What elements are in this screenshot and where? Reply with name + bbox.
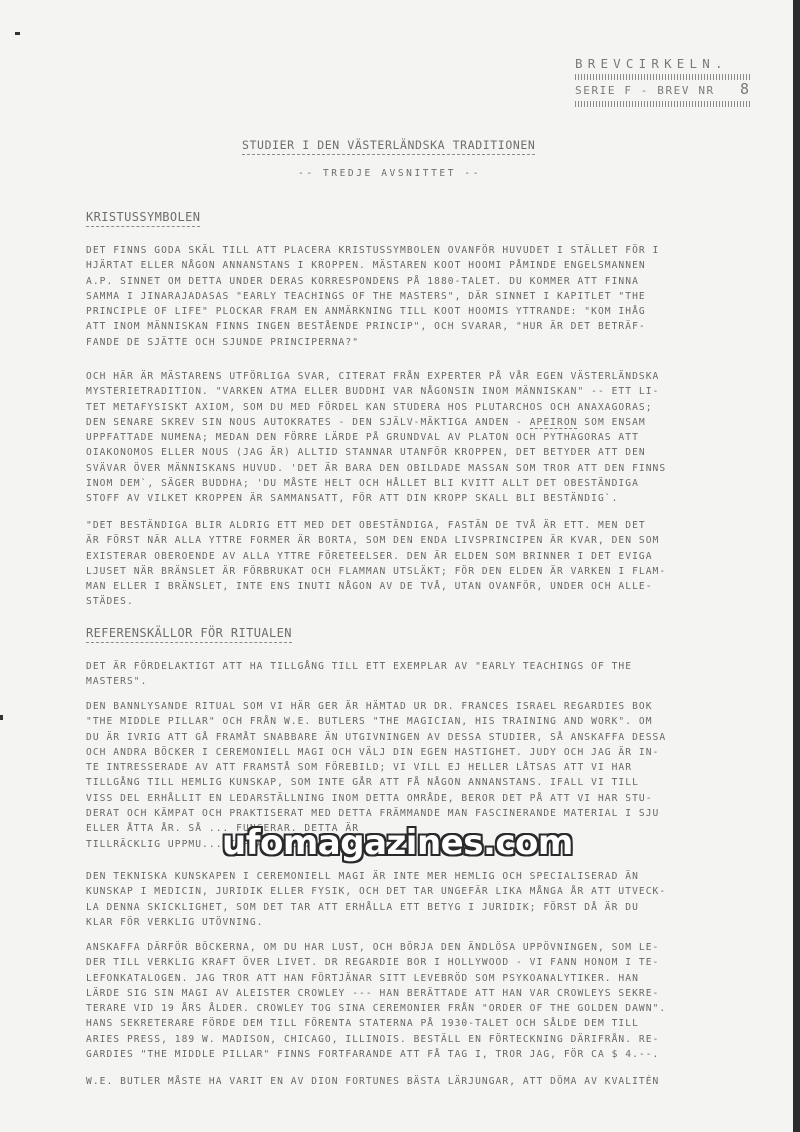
series-label: SERIE F - BREV NR xyxy=(575,84,715,98)
text-line: gardies "The Middle Pillar" finns fortfa… xyxy=(86,1047,776,1062)
text-line: "Det beständiga blir aldrig ett med det … xyxy=(86,518,776,533)
punch-mark xyxy=(0,715,3,720)
text-line: tillgång till hemlig kunskap, som inte g… xyxy=(86,775,776,790)
section-heading-referenskallor: REFERENSKÄLLOR FÖR RITUALEN xyxy=(86,626,292,643)
section-heading-kristussymbolen: KRISTUSSYMBOLEN xyxy=(86,210,200,227)
text-fragment: som ensam xyxy=(577,417,645,428)
paragraph: Det är fördelaktigt att ha tillgång till… xyxy=(86,659,776,690)
paragraph: "Det beständiga blir aldrig ett med det … xyxy=(86,518,776,610)
text-line: Principle of Life" plockar fram en anmär… xyxy=(86,304,776,319)
text-line: viss del erhållit en ledarställning inom… xyxy=(86,791,776,806)
text-line: stoff av vilket kroppen är sammansatt, f… xyxy=(86,491,776,506)
paragraph: Den tekniska kunskapen i ceremoniell mag… xyxy=(86,869,776,930)
text-line: man eller i bränslet, inte ens inuti någ… xyxy=(86,579,776,594)
text-fragment: den senare skrev sin nous autokrates - d… xyxy=(86,417,530,428)
brand-name: BREVCIRKELN. xyxy=(575,56,755,71)
text-line: fande de sjätte och sjunde principerna?" xyxy=(86,335,776,350)
text-line: derat och kämpat och praktiserat med det… xyxy=(86,806,776,821)
text-line: Anskaffa därför böckerna, om du har lust… xyxy=(86,940,776,955)
paragraph: Och här är Mästarens utförliga svar, cit… xyxy=(86,369,776,507)
text-line: hjärtat eller någon annanstans i kroppen… xyxy=(86,258,776,273)
underlined-term: APEIRON xyxy=(530,417,578,429)
text-line: Masters". xyxy=(86,674,776,689)
watermark: ufomagazines.com xyxy=(222,823,573,863)
letter-header: BREVCIRKELN. SERIE F - BREV NR 8 xyxy=(575,56,755,111)
text-line: te intresserade av att framstå som föreb… xyxy=(86,760,776,775)
paragraph: Det finns goda skäl till att placera Kri… xyxy=(86,243,776,350)
document-subtitle: -- TREDJE AVSNITTET -- xyxy=(298,168,481,179)
text-line: städes. xyxy=(86,594,776,609)
punch-mark xyxy=(15,32,20,35)
text-line: W.E. Butler måste ha varit en av Dion Fo… xyxy=(86,1074,776,1089)
text-line: klar för verklig utövning. xyxy=(86,915,776,930)
text-line: Hans sekreterare förde dem till Förenta … xyxy=(86,1016,776,1031)
text-line: svävar över människans huvud. 'Det är ba… xyxy=(86,461,776,476)
text-line: Oiakonomos eller nous (Jag Är) alltid st… xyxy=(86,445,776,460)
text-line: Det finns goda skäl till att placera Kri… xyxy=(86,243,776,258)
tick-rule xyxy=(575,74,751,80)
letter-number: 8 xyxy=(740,80,749,98)
text-line: tet metafysiskt axiom, som du med fördel… xyxy=(86,400,776,415)
tick-rule xyxy=(575,101,751,107)
text-line: samma i Jinarajadasas "Early Teachings o… xyxy=(86,289,776,304)
text-line: uppfattade numena; medan den förre lärde… xyxy=(86,430,776,445)
text-line: existerar oberoende av alla yttre förete… xyxy=(86,549,776,564)
text-line: mysterietradition. "Varken Atma eller Bu… xyxy=(86,384,776,399)
text-line: la denna skicklighet, som det tar att er… xyxy=(86,900,776,915)
text-line: A.P. Sinnet om detta under deras korresp… xyxy=(86,274,776,289)
paragraph: Anskaffa därför böckerna, om du har lust… xyxy=(86,940,776,1062)
text-line: Den bannlysande ritual som vi här ger är… xyxy=(86,699,776,714)
text-line: Den tekniska kunskapen i ceremoniell mag… xyxy=(86,869,776,884)
text-line: är först när alla yttre former är borta,… xyxy=(86,533,776,548)
text-line: Och här är Mästarens utförliga svar, cit… xyxy=(86,369,776,384)
text-line: lärde sig sin magi av Aleister Crowley -… xyxy=(86,986,776,1001)
text-line: och andra böcker i ceremoniell magi och … xyxy=(86,745,776,760)
text-line: Aries Press, 189 W. Madison, Chicago, Il… xyxy=(86,1032,776,1047)
text-line: inom dem`, säger Buddha; 'du måste helt … xyxy=(86,476,776,491)
scanned-page: BREVCIRKELN. SERIE F - BREV NR 8 STUDIER… xyxy=(0,0,793,1132)
text-line: ljuset när bränslet är förbrukat och fla… xyxy=(86,564,776,579)
paragraph: W.E. Butler måste ha varit en av Dion Fo… xyxy=(86,1074,776,1089)
text-line: kunskap i medicin, juridik eller fysik, … xyxy=(86,884,776,899)
text-line: lefonkatalogen. Jag tror att han förtjän… xyxy=(86,971,776,986)
document-title: STUDIER I DEN VÄSTERLÄNDSKA TRADITIONEN xyxy=(242,138,535,155)
scan-edge xyxy=(793,0,800,1132)
text-line: der till verklig kraft över Livet. Dr Re… xyxy=(86,955,776,970)
text-line: "The Middle Pillar" och från W.E. Butler… xyxy=(86,714,776,729)
text-line: terare vid 19 års ålder. Crowley tog sin… xyxy=(86,1001,776,1016)
text-line: Det är fördelaktigt att ha tillgång till… xyxy=(86,659,776,674)
text-line: den senare skrev sin nous autokrates - d… xyxy=(86,415,776,430)
text-line: att inom människan finns ingen bestående… xyxy=(86,319,776,334)
series-line: SERIE F - BREV NR 8 xyxy=(575,84,755,98)
text-line: du är ivrig att gå framåt snabbare än ut… xyxy=(86,730,776,745)
